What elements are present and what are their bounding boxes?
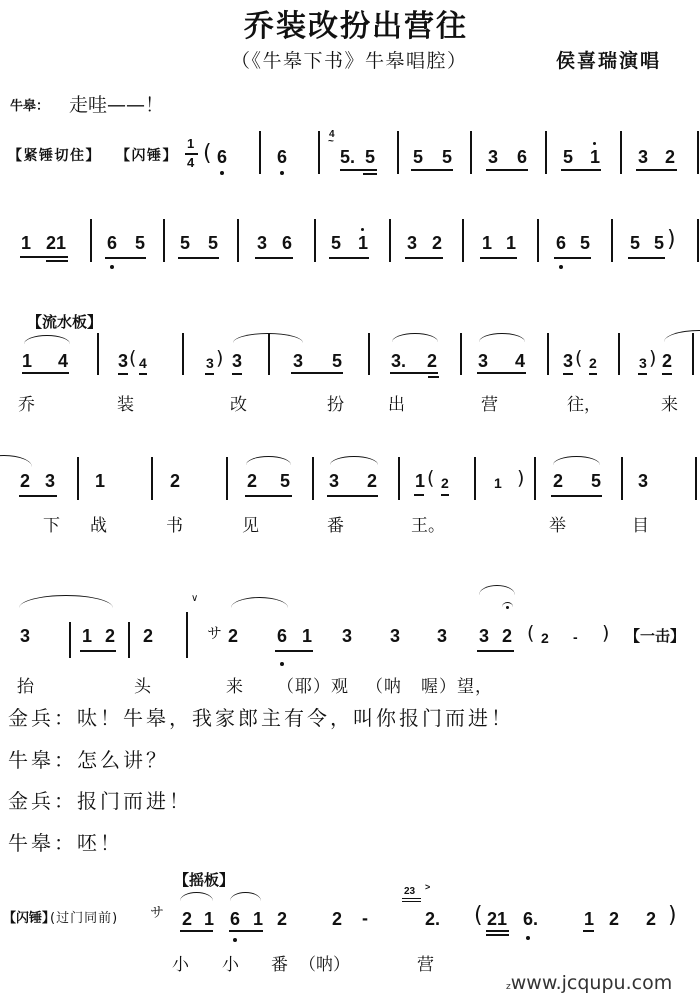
slur (330, 456, 378, 465)
beam-underline (178, 257, 219, 259)
barline (547, 333, 549, 375)
barline (318, 131, 320, 174)
note: 2 (247, 472, 257, 490)
barline (77, 457, 79, 500)
beam-underline (327, 495, 378, 497)
beam-underline (20, 256, 68, 258)
note: 1 (358, 234, 368, 252)
note-small: 4 (139, 356, 147, 370)
beam-underline (480, 257, 517, 259)
paren-open: ( (129, 349, 136, 368)
watermark: zwww.jcqupu.com (506, 974, 672, 993)
lyric: 小 (222, 957, 239, 974)
note: 2. (425, 910, 440, 928)
lyric: 营 (417, 957, 434, 974)
slur (479, 585, 515, 595)
beam-underline (486, 169, 528, 171)
paren-open: ( (427, 469, 434, 488)
barline (470, 131, 472, 174)
beam-underline (205, 373, 214, 375)
dialogue-line: 牛皋：呸！ (8, 833, 123, 853)
barline (695, 457, 697, 500)
lyric: 番 (327, 518, 344, 535)
dash-extension: - (362, 909, 368, 927)
note: 5 (591, 472, 601, 490)
lyric: 扮 (327, 397, 344, 414)
lyric: 出 (388, 397, 405, 414)
low-octave-dot (559, 265, 563, 269)
note: 5 (630, 234, 640, 252)
beam-underline (486, 930, 509, 932)
dash-extension: - (573, 630, 578, 644)
beam-underline (229, 930, 263, 932)
lyric: 见 (242, 518, 259, 535)
note: 6 (217, 148, 227, 166)
barline (697, 131, 699, 174)
note: 3 (232, 352, 242, 370)
note: 3 (342, 627, 352, 645)
lyric: 装 (117, 397, 134, 414)
section-yaoban: 【摇板】 (174, 873, 234, 888)
paren-open: ( (575, 349, 582, 368)
low-octave-dot (233, 938, 237, 942)
dialogue-speaker: 金兵： (8, 706, 77, 730)
barline (697, 219, 699, 262)
note: 3 (390, 627, 400, 645)
note: 3 (563, 352, 573, 370)
lyric: 战 (90, 518, 107, 535)
note: 5 (280, 472, 290, 490)
note: 2 (662, 352, 672, 370)
barline (462, 219, 464, 262)
note: 6. (523, 910, 538, 928)
note: 6 (277, 148, 287, 166)
paren-close: ) (517, 469, 524, 488)
note: 1 (95, 472, 105, 490)
note: 3 (407, 234, 417, 252)
barline (186, 612, 188, 658)
paren-close: ) (668, 905, 677, 927)
note: 3. (391, 352, 406, 370)
barline (611, 219, 613, 262)
note-small: 2 (541, 631, 549, 645)
beam-underline (118, 373, 128, 375)
slur (246, 456, 291, 465)
paren-open: ( (203, 143, 212, 165)
beam-underline (291, 372, 343, 374)
barline (368, 333, 370, 375)
barline (692, 333, 694, 375)
dialogue-text: 呸！ (77, 831, 123, 855)
low-octave-dot (280, 171, 284, 175)
note: 2 (367, 472, 377, 490)
note: 3 (488, 148, 498, 166)
note: 2 (143, 627, 153, 645)
note: 5 (365, 148, 375, 166)
beam-underline (441, 494, 449, 496)
low-octave-dot (110, 265, 114, 269)
intro-speech: 走哇——！ (69, 96, 164, 115)
lyric: 下 (43, 518, 60, 535)
intro-speaker: 牛皋： (10, 100, 49, 113)
note: 5 (563, 148, 573, 166)
slur (392, 333, 438, 342)
beam-underline (329, 257, 369, 259)
high-octave-dot (593, 142, 596, 145)
cue-yiji: 【一击】 (625, 629, 685, 644)
beam-underline (662, 373, 672, 375)
barline (312, 457, 314, 500)
note: 2 (182, 910, 192, 928)
lyric: 目 (632, 518, 649, 535)
note: 5 (413, 148, 423, 166)
note: 5 (135, 234, 145, 252)
note: 1 (302, 627, 312, 645)
lyric: 来 (226, 679, 243, 696)
lyric: 举 (549, 518, 566, 535)
slur (231, 597, 288, 608)
barline (163, 219, 165, 262)
breath-mark-icon: ∨ (191, 594, 198, 604)
cue-jinchui-qiezhu: 【紧锤切住】 (8, 149, 101, 163)
beam-underline (638, 373, 647, 375)
note: 2 (665, 148, 675, 166)
beam-underline (414, 494, 424, 496)
lyric: 改 (230, 397, 247, 414)
note: 3 (45, 472, 55, 490)
note: 3 (638, 472, 648, 490)
note: 1 (584, 910, 594, 928)
note: 2 (332, 910, 342, 928)
beam-underline (486, 934, 509, 936)
beam-underline (561, 169, 601, 171)
lyric: 王。 (411, 518, 445, 535)
note: 21 (487, 910, 507, 928)
lyric: 番 (271, 957, 288, 974)
note: 2 (502, 627, 512, 645)
note: 6 (230, 910, 240, 928)
note: 3 (329, 472, 339, 490)
barline (534, 457, 536, 500)
barline (618, 333, 620, 375)
fermata-dot (506, 606, 509, 609)
beam-underline (551, 495, 602, 497)
dialogue-line: 牛皋：怎么讲？ (8, 750, 169, 770)
note: 2 (170, 472, 180, 490)
barline (237, 219, 239, 262)
paren-close: ) (602, 624, 609, 643)
dialogue-text: 报门而进！ (77, 789, 192, 813)
note: 2 (277, 910, 287, 928)
performer-credit: 侯喜瑞演唱 (556, 52, 661, 71)
barline (545, 131, 547, 174)
lyric: 喔）望， (421, 679, 493, 696)
barline (537, 219, 539, 262)
beam-underline (554, 257, 591, 259)
lyric: （呐） (299, 957, 350, 974)
lyric: 营 (481, 397, 498, 414)
lyric: 往， (567, 397, 601, 414)
note: 1 (82, 627, 92, 645)
beam-underline (180, 930, 213, 932)
slur (479, 333, 525, 342)
note: 2 (105, 627, 115, 645)
note: 2 (427, 352, 437, 370)
beam-underline (589, 373, 597, 375)
note: 6 (556, 234, 566, 252)
barline (474, 457, 476, 500)
beam-underline (402, 901, 421, 902)
slur (0, 455, 32, 467)
tempo-squiggle: ~ (328, 137, 334, 147)
note-small: 3 (206, 356, 214, 370)
note: 5 (332, 352, 342, 370)
dialogue-speaker: 金兵： (8, 789, 77, 813)
lyric: 头 (134, 679, 151, 696)
paren-open: ( (527, 624, 534, 643)
cue-shanchui: 【闪锤】 (3, 912, 55, 925)
note: 3 (20, 627, 30, 645)
beam-underline (245, 495, 292, 497)
note: 5 (180, 234, 190, 252)
note: 2 (432, 234, 442, 252)
note: 6 (277, 627, 287, 645)
note: 1 (253, 910, 263, 928)
beam-underline (232, 373, 242, 375)
note: 5 (654, 234, 664, 252)
free-meter-sign: サ (150, 905, 164, 919)
note: 3 (479, 627, 489, 645)
barline (97, 333, 99, 375)
note-small: 3 (639, 356, 647, 370)
beam-underline (402, 898, 421, 899)
lyric: （耶）观 (277, 679, 349, 696)
note: 1 (21, 234, 31, 252)
note: 4 (58, 352, 68, 370)
note: 1 (22, 352, 32, 370)
lyric: 来 (661, 397, 678, 414)
lyric: 抬 (17, 679, 34, 696)
dialogue-speaker: 牛皋： (8, 831, 77, 855)
dialogue-speaker: 牛皋： (8, 748, 77, 772)
note: 2 (609, 910, 619, 928)
note: 3 (293, 352, 303, 370)
note-small: 2 (589, 356, 597, 370)
note: 5 (442, 148, 452, 166)
lyric: 乔 (18, 397, 35, 414)
barline (389, 219, 391, 262)
slur (553, 456, 600, 465)
note: 1 (506, 234, 516, 252)
subtitle: （《牛皋下书》牛皋唱腔） (231, 52, 468, 71)
note: 2 (20, 472, 30, 490)
note: 6 (517, 148, 527, 166)
dialogue-line: 金兵：呔！牛皋，我家郎主有令，叫你报门而进！ (8, 708, 514, 728)
note: 1 (204, 910, 214, 928)
note: 1 (590, 148, 600, 166)
low-octave-dot (220, 171, 224, 175)
time-signature-denominator: 4 (187, 156, 194, 169)
note: 1 (415, 472, 425, 490)
beam-underline (563, 373, 573, 375)
lyric: 小 (172, 957, 189, 974)
slur (664, 330, 700, 342)
beam-underline (340, 169, 377, 171)
grace-notes: 23 (404, 887, 415, 897)
barline (397, 131, 399, 174)
beam-underline (46, 260, 68, 262)
note: 2 (553, 472, 563, 490)
note: 2 (646, 910, 656, 928)
page-title: 乔装改扮出营往 (244, 12, 468, 42)
note: 6 (282, 234, 292, 252)
note: 5 (331, 234, 341, 252)
barline (314, 219, 316, 262)
beam-underline (428, 376, 439, 378)
low-octave-dot (526, 936, 530, 940)
note-small: 1 (494, 476, 502, 490)
watermark-text: www.jcqupu.com (511, 972, 672, 994)
beam-underline (80, 650, 116, 652)
time-signature-numerator: 1 (187, 137, 194, 150)
beam-underline (583, 930, 594, 932)
cue-shanchui: 【闪锤】 (116, 149, 178, 163)
note: 3 (638, 148, 648, 166)
slur (180, 892, 213, 901)
lyric: （呐 (366, 679, 402, 696)
beam-underline (275, 650, 313, 652)
slur (230, 892, 261, 901)
dialogue-text: 呔！牛皋，我家郎主有令，叫你报门而进！ (77, 706, 514, 730)
beam-underline (390, 372, 438, 374)
beam-underline (363, 173, 377, 175)
dialogue-text: 怎么讲？ (77, 748, 169, 772)
slur (24, 335, 70, 344)
note: 3 (437, 627, 447, 645)
low-octave-dot (280, 662, 284, 666)
barline (90, 219, 92, 262)
beam-underline (477, 650, 514, 652)
paren-open: ( (474, 905, 483, 927)
barline (620, 131, 622, 174)
beam-underline (411, 169, 453, 171)
note: 3 (478, 352, 488, 370)
beam-underline (636, 169, 677, 171)
accent-mark-icon: > (425, 883, 430, 892)
note: 4 (515, 352, 525, 370)
paren-close: ) (667, 229, 676, 251)
barline (69, 622, 71, 658)
barline (398, 457, 400, 500)
beam-underline (477, 372, 526, 374)
barline (128, 622, 130, 658)
beam-underline (22, 372, 69, 374)
cue-interlude-same: (过门同前) (50, 912, 118, 925)
beam-underline (405, 257, 443, 259)
paren-close: ) (216, 349, 223, 368)
note-small: 2 (441, 476, 449, 490)
beam-underline (139, 373, 147, 375)
note: 5 (208, 234, 218, 252)
note: 5 (580, 234, 590, 252)
note: 5. (340, 148, 355, 166)
barline (621, 457, 623, 500)
dialogue-line: 金兵：报门而进！ (8, 791, 192, 811)
slur (19, 595, 113, 608)
high-octave-dot (361, 228, 364, 231)
note: 1 (482, 234, 492, 252)
free-meter-sign: サ (207, 626, 222, 641)
section-liushuiban: 【流水板】 (27, 315, 102, 330)
note: 6 (107, 234, 117, 252)
beam-underline (105, 257, 146, 259)
note: 3 (257, 234, 267, 252)
beam-underline (255, 257, 293, 259)
barline (259, 131, 261, 174)
beam-underline (628, 257, 665, 259)
barline (151, 457, 153, 500)
barline (226, 457, 228, 500)
beam-underline (19, 495, 57, 497)
barline (268, 333, 270, 375)
barline (460, 333, 462, 375)
paren-close: ) (649, 349, 656, 368)
lyric: 书 (166, 518, 183, 535)
note: 21 (46, 234, 66, 252)
barline (182, 333, 184, 375)
note: 3 (118, 352, 128, 370)
note: 2 (228, 627, 238, 645)
